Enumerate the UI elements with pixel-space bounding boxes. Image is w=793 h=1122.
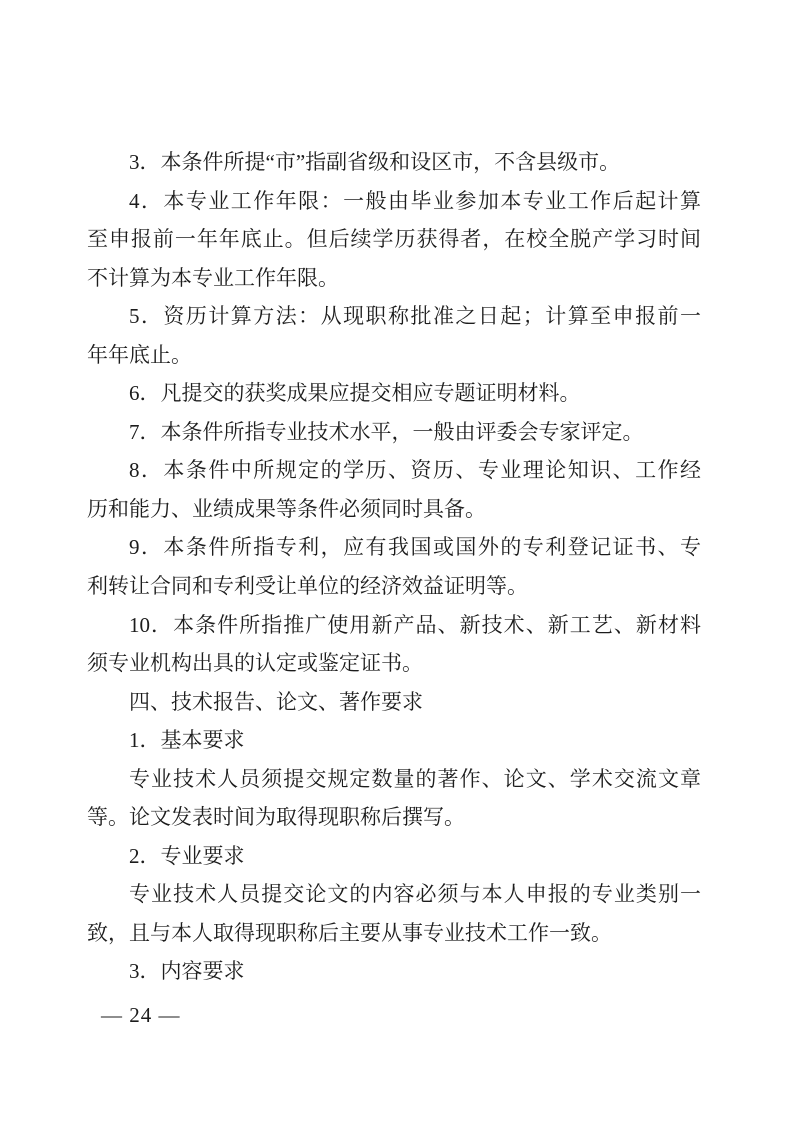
page-number: — 24 — (101, 1003, 181, 1027)
section-heading-4: 四、技术报告、论文、著作要求 (87, 683, 701, 722)
paragraph-line-item-6: 6．凡提交的获奖成果应提交相应专题证明材料。 (87, 374, 701, 413)
paragraph-line: 利转让合同和专利受让单位的经济效益证明等。 (87, 567, 701, 606)
paragraph-line-item-7: 7．本条件所指专业技术水平，一般由评委会专家评定。 (87, 413, 701, 452)
paragraph-line: 至申报前一年年底止。但后续学历获得者，在校全脱产学习时间 (87, 220, 701, 259)
subsection-heading-professional-requirements: 2．专业要求 (87, 837, 701, 876)
paragraph-line: 须专业机构出具的认定或鉴定证书。 (87, 644, 701, 683)
paragraph-line: 历和能力、业绩成果等条件必须同时具备。 (87, 490, 701, 529)
paragraph-line: 不计算为本专业工作年限。 (87, 259, 701, 298)
paragraph-line-item-9: 9．本条件所指专利，应有我国或国外的专利登记证书、专 (87, 528, 701, 567)
document-body: 3．本条件所提“市”指副省级和设区市，不含县级市。 4．本专业工作年限：一般由毕… (87, 143, 701, 991)
paragraph-line-item-4: 4．本专业工作年限：一般由毕业参加本专业工作后起计算 (87, 182, 701, 221)
paragraph-line: 致，且与本人取得现职称后主要从事专业技术工作一致。 (87, 914, 701, 953)
paragraph-line-item-3: 3．本条件所提“市”指副省级和设区市，不含县级市。 (87, 143, 701, 182)
paragraph-line: 专业技术人员须提交规定数量的著作、论文、学术交流文章 (87, 760, 701, 799)
paragraph-line-item-10: 10．本条件所指推广使用新产品、新技术、新工艺、新材料 (87, 606, 701, 645)
paragraph-line: 年年底止。 (87, 336, 701, 375)
paragraph-line-item-8: 8．本条件中所规定的学历、资历、专业理论知识、工作经 (87, 451, 701, 490)
subsection-heading-content-requirements: 3．内容要求 (87, 952, 701, 991)
paragraph-line: 等。论文发表时间为取得现职称后撰写。 (87, 798, 701, 837)
paragraph-line-item-5: 5．资历计算方法：从现职称批准之日起；计算至申报前一 (87, 297, 701, 336)
document-page: 3．本条件所提“市”指副省级和设区市，不含县级市。 4．本专业工作年限：一般由毕… (0, 0, 793, 1122)
page-footer: — 24 — (101, 1001, 181, 1029)
paragraph-line: 专业技术人员提交论文的内容必须与本人申报的专业类别一 (87, 875, 701, 914)
subsection-heading-basic-requirements: 1．基本要求 (87, 721, 701, 760)
